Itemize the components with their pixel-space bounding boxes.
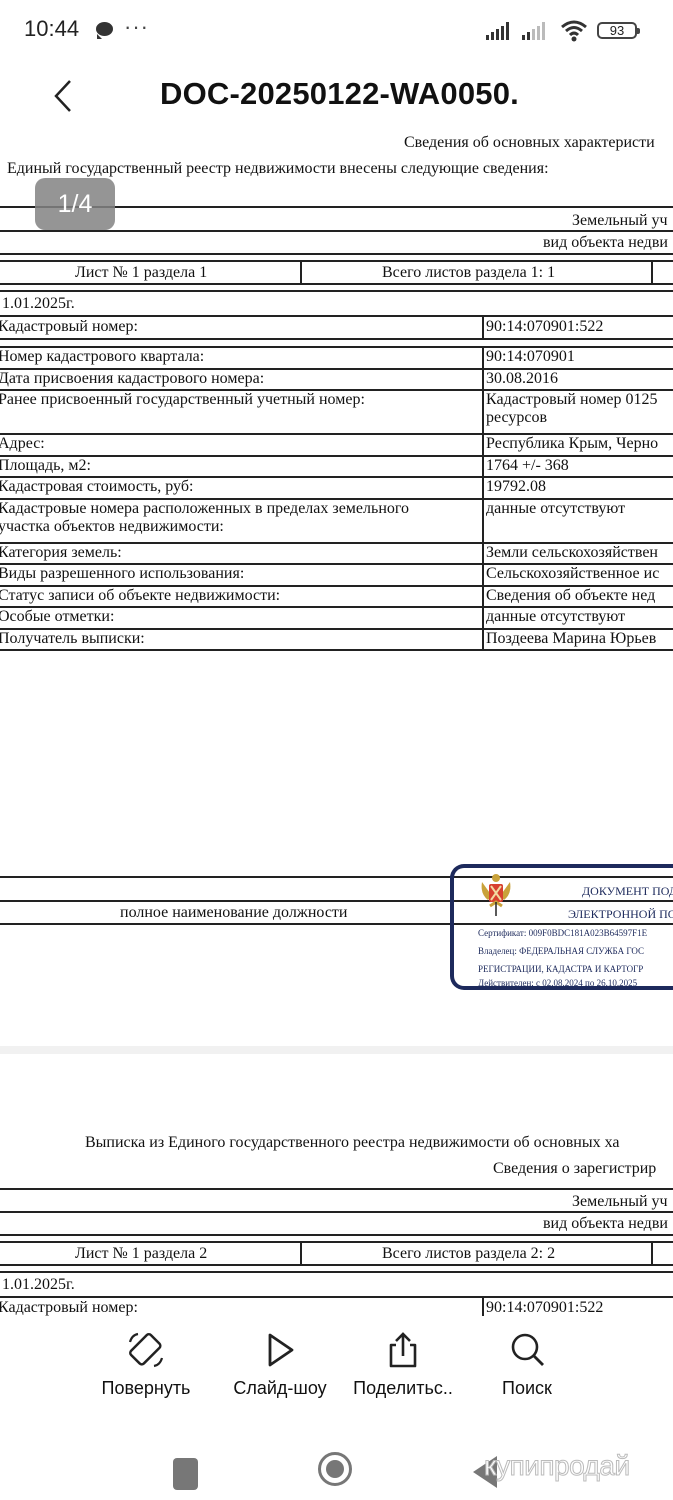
row-value: данные отсутствуют xyxy=(486,608,625,626)
row-value-line2: ресурсов xyxy=(486,409,547,427)
row-label-line2: участка объектов недвижимости: xyxy=(0,518,224,536)
rotate-label: Повернуть xyxy=(86,1378,206,1399)
search-label: Поиск xyxy=(467,1378,587,1399)
row-label: Дата присвоения кадастрового номера: xyxy=(0,370,264,388)
row-value: Республика Крым, Черно xyxy=(486,435,658,453)
section-header: Сведения об основных характеристи xyxy=(404,134,655,152)
row-value: Сельскохозяйственное ис xyxy=(486,565,659,583)
rotate-icon xyxy=(126,1330,166,1370)
extract-date: 1.01.2025г. xyxy=(2,295,75,313)
sheet-label: Лист № 1 раздела 1 xyxy=(75,264,207,282)
coat-of-arms-icon xyxy=(478,872,514,916)
page-separator xyxy=(0,1046,673,1054)
share-icon xyxy=(383,1330,423,1370)
battery-indicator: 93 xyxy=(597,22,637,39)
extract-title: Выписка из Единого государственного реес… xyxy=(85,1134,619,1152)
document-page-2[interactable]: Выписка из Единого государственного реес… xyxy=(0,1054,673,1316)
row-value: 30.08.2016 xyxy=(486,370,558,388)
row-label: Получатель выписки: xyxy=(0,630,145,648)
extract-subtitle: Сведения о зарегистрир xyxy=(493,1160,656,1178)
chat-bubble-icon xyxy=(96,22,113,36)
cadastral-number-value: 90:14:070901:522 xyxy=(486,318,603,336)
chevron-left-icon[interactable] xyxy=(48,76,78,116)
search-button[interactable]: Поиск xyxy=(467,1330,587,1399)
object-type: Земельный уч xyxy=(572,1193,668,1211)
intro-text: Единый государственный реестр недвижимос… xyxy=(7,160,549,178)
row-label: Категория земель: xyxy=(0,544,122,562)
rotate-button[interactable]: Повернуть xyxy=(86,1330,206,1399)
row-value: 90:14:070901 xyxy=(486,348,575,366)
stamp-owner-line2: РЕГИСТРАЦИИ, КАДАСТРА И КАРТОГР xyxy=(478,964,643,974)
position-caption: полное наименование должности xyxy=(120,904,347,922)
object-type: Земельный уч xyxy=(572,212,668,230)
object-type-caption: вид объекта недви xyxy=(543,1215,668,1233)
row-label: Номер кадастрового квартала: xyxy=(0,348,204,366)
sheet-label: Лист № 1 раздела 2 xyxy=(75,1245,207,1263)
share-label: Поделитьс.. xyxy=(343,1378,463,1399)
row-label: Виды разрешенного использования: xyxy=(0,565,244,583)
object-type-caption: вид объекта недви xyxy=(543,234,668,252)
row-value: 19792.08 xyxy=(486,478,546,496)
extract-date: 1.01.2025г. xyxy=(2,1276,75,1294)
status-bar: 10:44 ··· 93 xyxy=(0,0,673,62)
sheets-total: Всего листов раздела 1: 1 xyxy=(382,264,555,282)
cadastral-number-label: Кадастровый номер: xyxy=(0,318,138,336)
search-icon xyxy=(507,1330,547,1370)
clock: 10:44 xyxy=(24,16,79,42)
stamp-validity: Действителен: с 02.08.2024 по 26.10.2025 xyxy=(478,978,637,988)
electronic-signature-stamp: ДОКУМЕНТ ПОД ЭЛЕКТРОННОЙ ПО Сертификат: … xyxy=(450,864,673,990)
play-icon xyxy=(260,1330,300,1370)
slideshow-label: Слайд-шоу xyxy=(220,1378,340,1399)
stamp-subtitle: ЭЛЕКТРОННОЙ ПО xyxy=(568,907,673,922)
stamp-title: ДОКУМЕНТ ПОД xyxy=(582,884,673,899)
stamp-owner: Владелец: ФЕДЕРАЛЬНАЯ СЛУЖБА ГОС xyxy=(478,946,644,956)
sheets-total: Всего листов раздела 2: 2 xyxy=(382,1245,555,1263)
row-label: Площадь, м2: xyxy=(0,457,91,475)
cadastral-number-label: Кадастровый номер: xyxy=(0,1299,138,1316)
row-label: Адрес: xyxy=(0,435,45,453)
document-page-1[interactable]: Сведения об основных характеристи Единый… xyxy=(0,126,673,1046)
cadastral-number-value: 90:14:070901:522 xyxy=(486,1299,603,1316)
wifi-icon xyxy=(560,18,588,42)
system-nav-bar: купипродай xyxy=(0,1410,673,1500)
watermark: купипродай xyxy=(484,1450,630,1482)
page-indicator: 1/4 xyxy=(35,178,115,230)
row-value: данные отсутствуют xyxy=(486,500,625,518)
row-label: Особые отметки: xyxy=(0,608,114,626)
row-label: Статус записи об объекте недвижимости: xyxy=(0,587,280,605)
row-value: 1764 +/- 368 xyxy=(486,457,569,475)
bottom-toolbar: Повернуть Слайд-шоу Поделитьс.. Поиск xyxy=(0,1318,673,1410)
home-button[interactable] xyxy=(318,1452,352,1486)
row-value: Сведения об объекте нед xyxy=(486,587,655,605)
row-label: Кадастровые номера расположенных в преде… xyxy=(0,500,409,518)
row-value: Поздеева Марина Юрьев xyxy=(486,630,656,648)
more-dots-icon: ··· xyxy=(124,14,149,40)
row-value: Кадастровый номер 0125 xyxy=(486,391,657,409)
share-button[interactable]: Поделитьс.. xyxy=(343,1330,463,1399)
signal-icon-secondary xyxy=(522,22,545,40)
document-title: DOC-20250122-WA0050. xyxy=(160,76,519,112)
app-bar: DOC-20250122-WA0050. xyxy=(0,62,673,132)
row-label: Кадастровая стоимость, руб: xyxy=(0,478,193,496)
signal-icon xyxy=(486,22,509,40)
row-value: Земли сельскохозяйствен xyxy=(486,544,658,562)
recent-apps-button[interactable] xyxy=(173,1458,198,1490)
slideshow-button[interactable]: Слайд-шоу xyxy=(220,1330,340,1399)
stamp-certificate: Сертификат: 009F0BDC181A023B64597F1E xyxy=(478,928,647,938)
row-label: Ранее присвоенный государственный учетны… xyxy=(0,391,365,409)
